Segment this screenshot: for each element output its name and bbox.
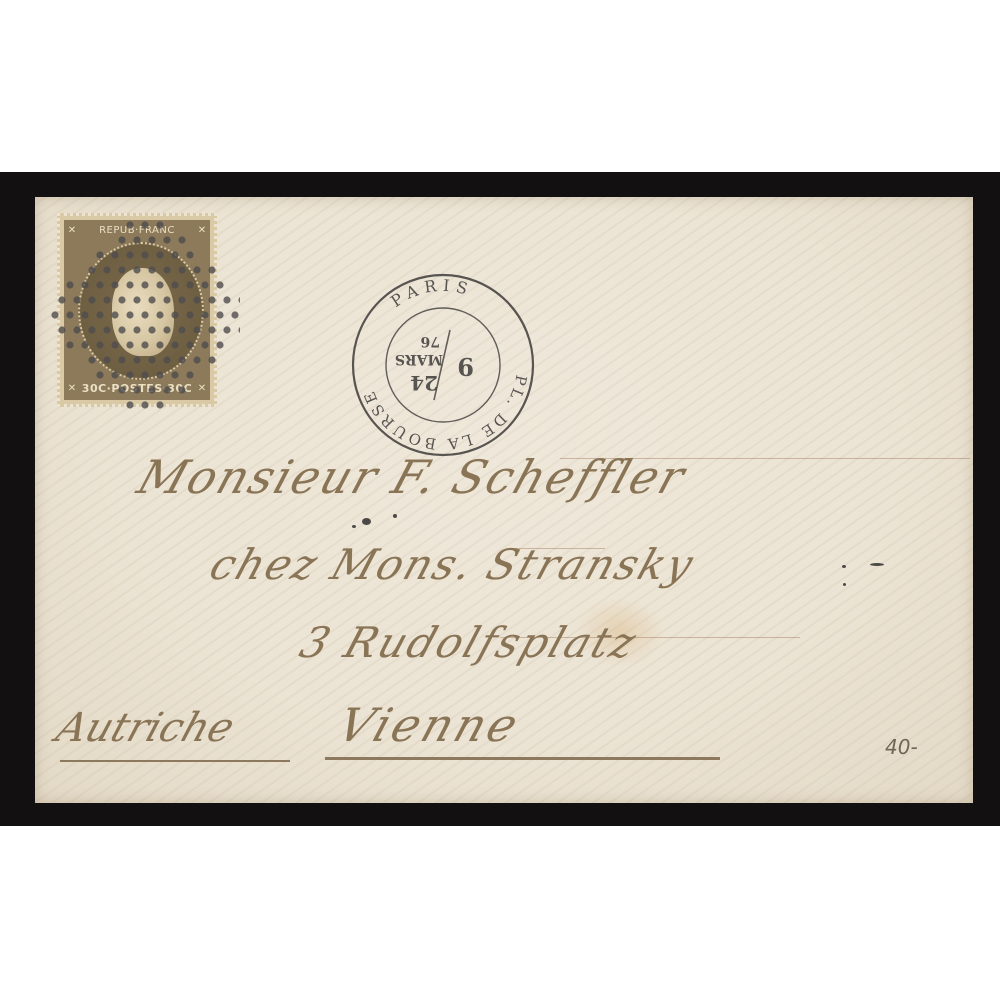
address-country: Autriche [51, 705, 240, 751]
stamp-country-text: REPUB·FRANC [78, 222, 196, 240]
postmark-hour: 9 [457, 352, 474, 381]
stamp-corner-ornament: ✕ [196, 382, 208, 396]
address-line-2: chez Mons. Stransky [204, 540, 701, 589]
stamp-frame: REPUB·FRANC ✕ ✕ ✕ ✕ 30C·POSTES·30C [64, 220, 210, 400]
city-underline [325, 757, 720, 760]
ink-blot [870, 563, 884, 566]
ceres-head-icon [112, 268, 174, 356]
address-line-3: 3 Rudolfsplatz [294, 618, 644, 667]
country-underline [60, 760, 290, 762]
ink-blot [362, 518, 371, 525]
svg-text:PARIS: PARIS [387, 276, 475, 311]
postmark-office: PL. DE LA BOURSE [359, 373, 530, 453]
postmark-city: PARIS [387, 276, 475, 311]
ink-blot [842, 565, 846, 568]
ink-blot [352, 525, 356, 528]
postmark-month: MARS [395, 351, 443, 367]
ink-blot [393, 514, 397, 518]
stamp-corner-ornament: ✕ [66, 224, 78, 238]
postmark-year: 76 [421, 333, 440, 349]
stamp-corner-ornament: ✕ [196, 224, 208, 238]
stamp-corner-ornament: ✕ [66, 382, 78, 396]
ink-blot [843, 583, 846, 586]
address-city: Vienne [331, 698, 527, 752]
address-line-1: Monsieur F. Scheffler [131, 450, 693, 504]
pencil-price-note: 40- [885, 735, 918, 759]
svg-text:PL. DE LA BOURSE: PL. DE LA BOURSE [359, 373, 530, 453]
postmark: PL. DE LA BOURSE PARIS 9 24 MARS 76 [350, 272, 536, 458]
ceres-medallion [78, 242, 204, 380]
stamp-value-text: 30C·POSTES·30C [78, 380, 196, 398]
postmark-day: 24 [410, 371, 438, 395]
postage-stamp: REPUB·FRANC ✕ ✕ ✕ ✕ 30C·POSTES·30C [57, 213, 217, 407]
